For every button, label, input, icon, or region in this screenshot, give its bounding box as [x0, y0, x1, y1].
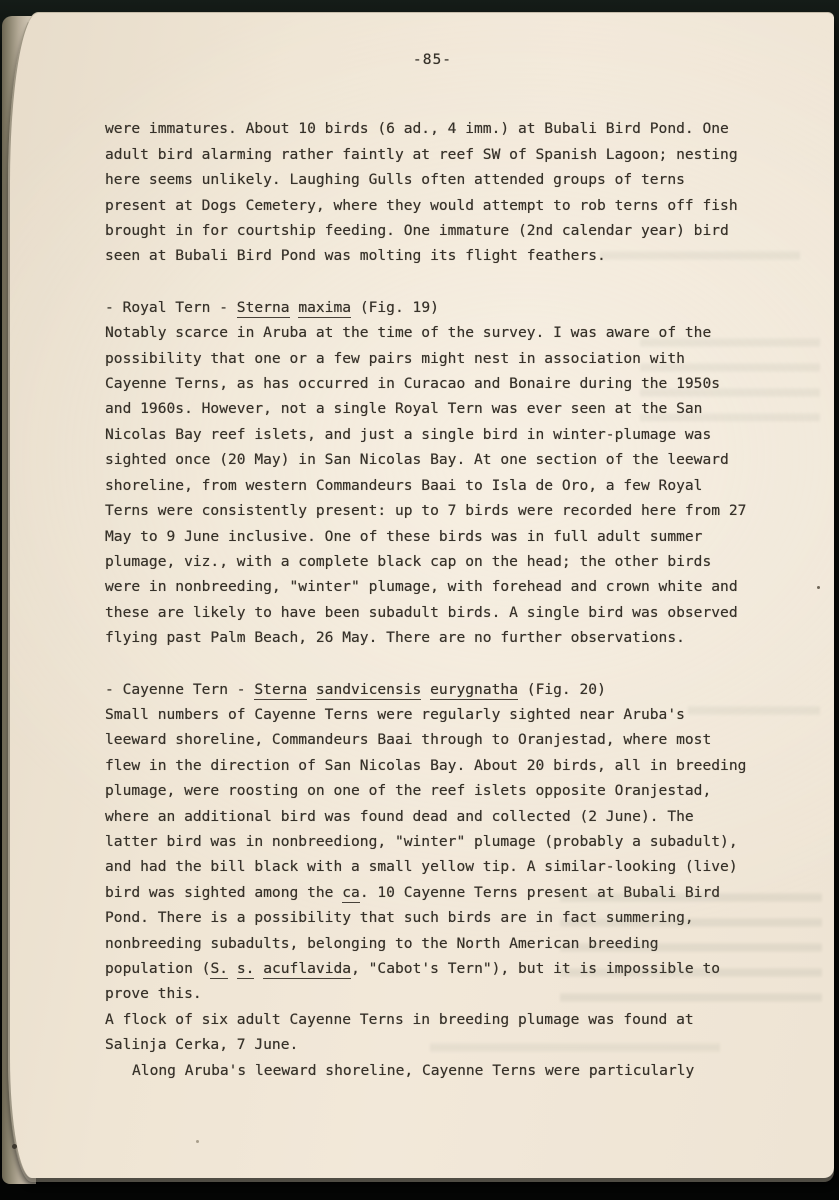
text-line: May to 9 June inclusive. One of these bi… [105, 524, 765, 549]
paragraph-cayenne-tern: Small numbers of Cayenne Terns were regu… [105, 702, 765, 1007]
text-line: shoreline, from western Commandeurs Baai… [105, 473, 765, 498]
text-line: Salinja Cerka, 7 June. [105, 1032, 765, 1057]
paragraph-salinja-cerka: A flock of six adult Cayenne Terns in br… [105, 1007, 765, 1058]
text-line: adult bird alarming rather faintly at re… [105, 142, 765, 167]
text-line: were immatures. About 10 birds (6 ad., 4… [105, 116, 765, 141]
page-text: were immatures. About 10 birds (6 ad., 4… [105, 116, 765, 1083]
text-line: plumage, viz., with a complete black cap… [105, 549, 765, 574]
text-line: Cayenne Terns, as has occurred in Curaca… [105, 371, 765, 396]
paragraph-leeward-shoreline: Along Aruba's leeward shoreline, Cayenne… [105, 1058, 765, 1083]
text-line: and had the bill black with a small yell… [105, 854, 765, 879]
text-line: Terns were consistently present: up to 7… [105, 498, 765, 523]
text-line: Nicolas Bay reef islets, and just a sing… [105, 422, 765, 447]
heading-royal-tern: - Royal Tern - Sterna maxima (Fig. 19) [105, 295, 765, 320]
text-line: population (S. s. acuflavida, "Cabot's T… [105, 956, 765, 981]
text-line: Small numbers of Cayenne Terns were regu… [105, 702, 765, 727]
text-line: nonbreeding subadults, belonging to the … [105, 931, 765, 956]
paragraph-royal-tern: Notably scarce in Aruba at the time of t… [105, 320, 765, 650]
text-line: Notably scarce in Aruba at the time of t… [105, 320, 765, 345]
text-line: these are likely to have been subadult b… [105, 600, 765, 625]
text-line: leeward shoreline, Commandeurs Baai thro… [105, 727, 765, 752]
text-line: brought in for courtship feeding. One im… [105, 218, 765, 243]
text-line: were in nonbreeding, "winter" plumage, w… [105, 574, 765, 599]
text-line: seen at Bubali Bird Pond was molting its… [105, 243, 765, 268]
scanned-book-photo: -85- were immatures. About 10 birds (6 a… [0, 0, 839, 1200]
text-line: bird was sighted among the ca. 10 Cayenn… [105, 880, 765, 905]
page-number: -85- [105, 47, 760, 72]
text-line: prove this. [105, 981, 765, 1006]
text-line: Pond. There is a possibility that such b… [105, 905, 765, 930]
text-line: here seems unlikely. Laughing Gulls ofte… [105, 167, 765, 192]
heading-cayenne-tern: - Cayenne Tern - Sterna sandvicensis eur… [105, 677, 765, 702]
text-line: flew in the direction of San Nicolas Bay… [105, 753, 765, 778]
text-line: A flock of six adult Cayenne Terns in br… [105, 1007, 765, 1032]
text-line: flying past Palm Beach, 26 May. There ar… [105, 625, 765, 650]
text-line: possibility that one or a few pairs migh… [105, 346, 765, 371]
text-line: - Royal Tern - Sterna maxima (Fig. 19) [105, 295, 765, 320]
text-line: and 1960s. However, not a single Royal T… [105, 396, 765, 421]
text-line: sighted once (20 May) in San Nicolas Bay… [105, 447, 765, 472]
text-line: Along Aruba's leeward shoreline, Cayenne… [105, 1058, 765, 1083]
page-content: -85- were immatures. About 10 birds (6 a… [10, 13, 765, 1083]
text-line: present at Dogs Cemetery, where they wou… [105, 193, 765, 218]
document-page: -85- were immatures. About 10 birds (6 a… [8, 12, 834, 1178]
text-line: where an additional bird was found dead … [105, 804, 765, 829]
text-line: latter bird was in nonbreediong, "winter… [105, 829, 765, 854]
paragraph-laughing-gulls: were immatures. About 10 birds (6 ad., 4… [105, 116, 765, 268]
text-line: plumage, were roosting on one of the ree… [105, 778, 765, 803]
text-line: - Cayenne Tern - Sterna sandvicensis eur… [105, 677, 765, 702]
